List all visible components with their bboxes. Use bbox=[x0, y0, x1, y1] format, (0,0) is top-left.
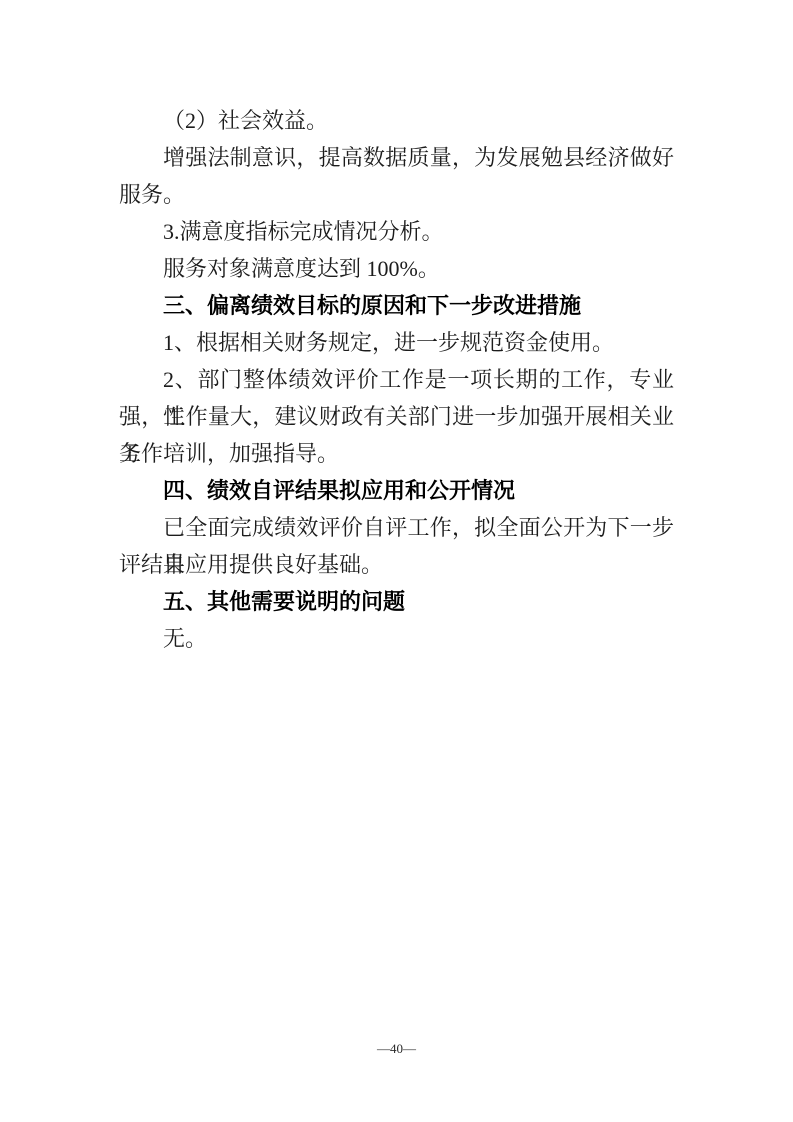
paragraph-line: 评结果应用提供良好基础。 bbox=[119, 546, 674, 583]
paragraph-line: 工作培训，加强指导。 bbox=[119, 435, 674, 472]
page-number: —40— bbox=[0, 1040, 793, 1058]
paragraph-line: 服务对象满意度达到 100%。 bbox=[119, 250, 674, 287]
paragraph-line: 无。 bbox=[119, 620, 674, 657]
paragraph-line: 2、部门整体绩效评价工作是一项长期的工作，专业性 bbox=[119, 361, 674, 398]
paragraph-line: 3.满意度指标完成情况分析。 bbox=[119, 213, 674, 250]
paragraph-line: 已全面完成绩效评价自评工作，拟全面公开为下一步自 bbox=[119, 509, 674, 546]
document-body: （2）社会效益。 增强法制意识，提高数据质量，为发展勉县经济做好 服务。 3.满… bbox=[119, 102, 674, 657]
section-heading: 五、其他需要说明的问题 bbox=[119, 583, 674, 620]
paragraph-line: 强，工作量大，建议财政有关部门进一步加强开展相关业务 bbox=[119, 398, 674, 435]
paragraph-line: 1、根据相关财务规定，进一步规范资金使用。 bbox=[119, 324, 674, 361]
paragraph-line: 服务。 bbox=[119, 176, 674, 213]
section-heading: 四、绩效自评结果拟应用和公开情况 bbox=[119, 472, 674, 509]
paragraph-line: （2）社会效益。 bbox=[119, 102, 674, 139]
document-page: （2）社会效益。 增强法制意识，提高数据质量，为发展勉县经济做好 服务。 3.满… bbox=[0, 0, 793, 1122]
section-heading: 三、偏离绩效目标的原因和下一步改进措施 bbox=[119, 287, 674, 324]
paragraph-line: 增强法制意识，提高数据质量，为发展勉县经济做好 bbox=[119, 139, 674, 176]
